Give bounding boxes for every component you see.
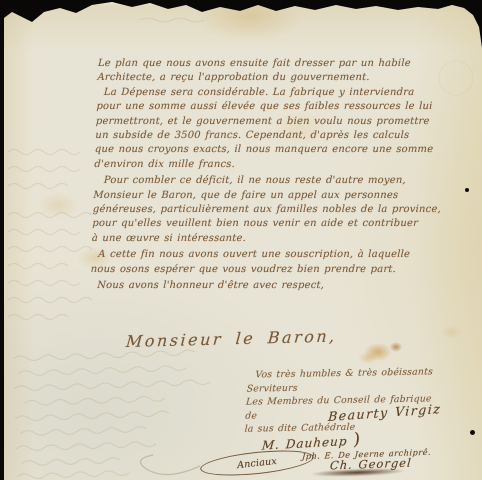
handwriting-line: généreuses, particulièrement aux famille… bbox=[93, 203, 392, 217]
handwriting-line: d'environ dix mille francs. bbox=[94, 158, 393, 172]
handwriting-line: que nous croyons exacts, il nous manquer… bbox=[95, 143, 394, 157]
closing-line: Vos très humbles & très obéissants Servi… bbox=[246, 365, 437, 395]
handwriting-line: permettront, et le gouvernement a bien v… bbox=[96, 115, 395, 129]
closing-block: Vos très humbles & très obéissants Servi… bbox=[244, 365, 438, 436]
paper-speck bbox=[465, 188, 469, 192]
handwriting-line: A cette fin nous avons ouvert une souscr… bbox=[91, 248, 390, 262]
handwriting-line: Nous avons l'honneur d'être avec respect… bbox=[90, 279, 389, 293]
handwriting-line: Pour combler ce déficit, il ne nous rest… bbox=[94, 174, 393, 188]
letter-body: Le plan que nous avons ensuite fait dres… bbox=[90, 57, 396, 294]
handwriting-line: nous osons espérer que vous voudrez bien… bbox=[90, 263, 389, 277]
paper-speck bbox=[470, 430, 475, 435]
signature-anciaux-text: Anciaux bbox=[237, 455, 278, 470]
letter-page: Le plan que nous avons ensuite fait dres… bbox=[0, 0, 482, 480]
handwriting-line: Monsieur le Baron, que de faire un appel… bbox=[93, 189, 392, 203]
handwriting-line: pour qu'elles veuillent bien nous venir … bbox=[92, 217, 391, 231]
handwriting-line: Architecte, a reçu l'approbation du gouv… bbox=[97, 71, 396, 85]
handwriting-line: à une œuvre si intéressante. bbox=[92, 232, 391, 246]
handwriting-line: La Dépense sera considérable. La fabriqu… bbox=[97, 86, 396, 100]
handwriting-line: pour une somme aussi élevée que ses faib… bbox=[96, 100, 395, 114]
handwriting-line: Le plan que nous avons ensuite fait dres… bbox=[98, 57, 397, 71]
handwriting-line: un subside de 3500 francs. Cependant, d'… bbox=[95, 129, 394, 143]
scan-background: Le plan que nous avons ensuite fait dres… bbox=[0, 0, 482, 480]
